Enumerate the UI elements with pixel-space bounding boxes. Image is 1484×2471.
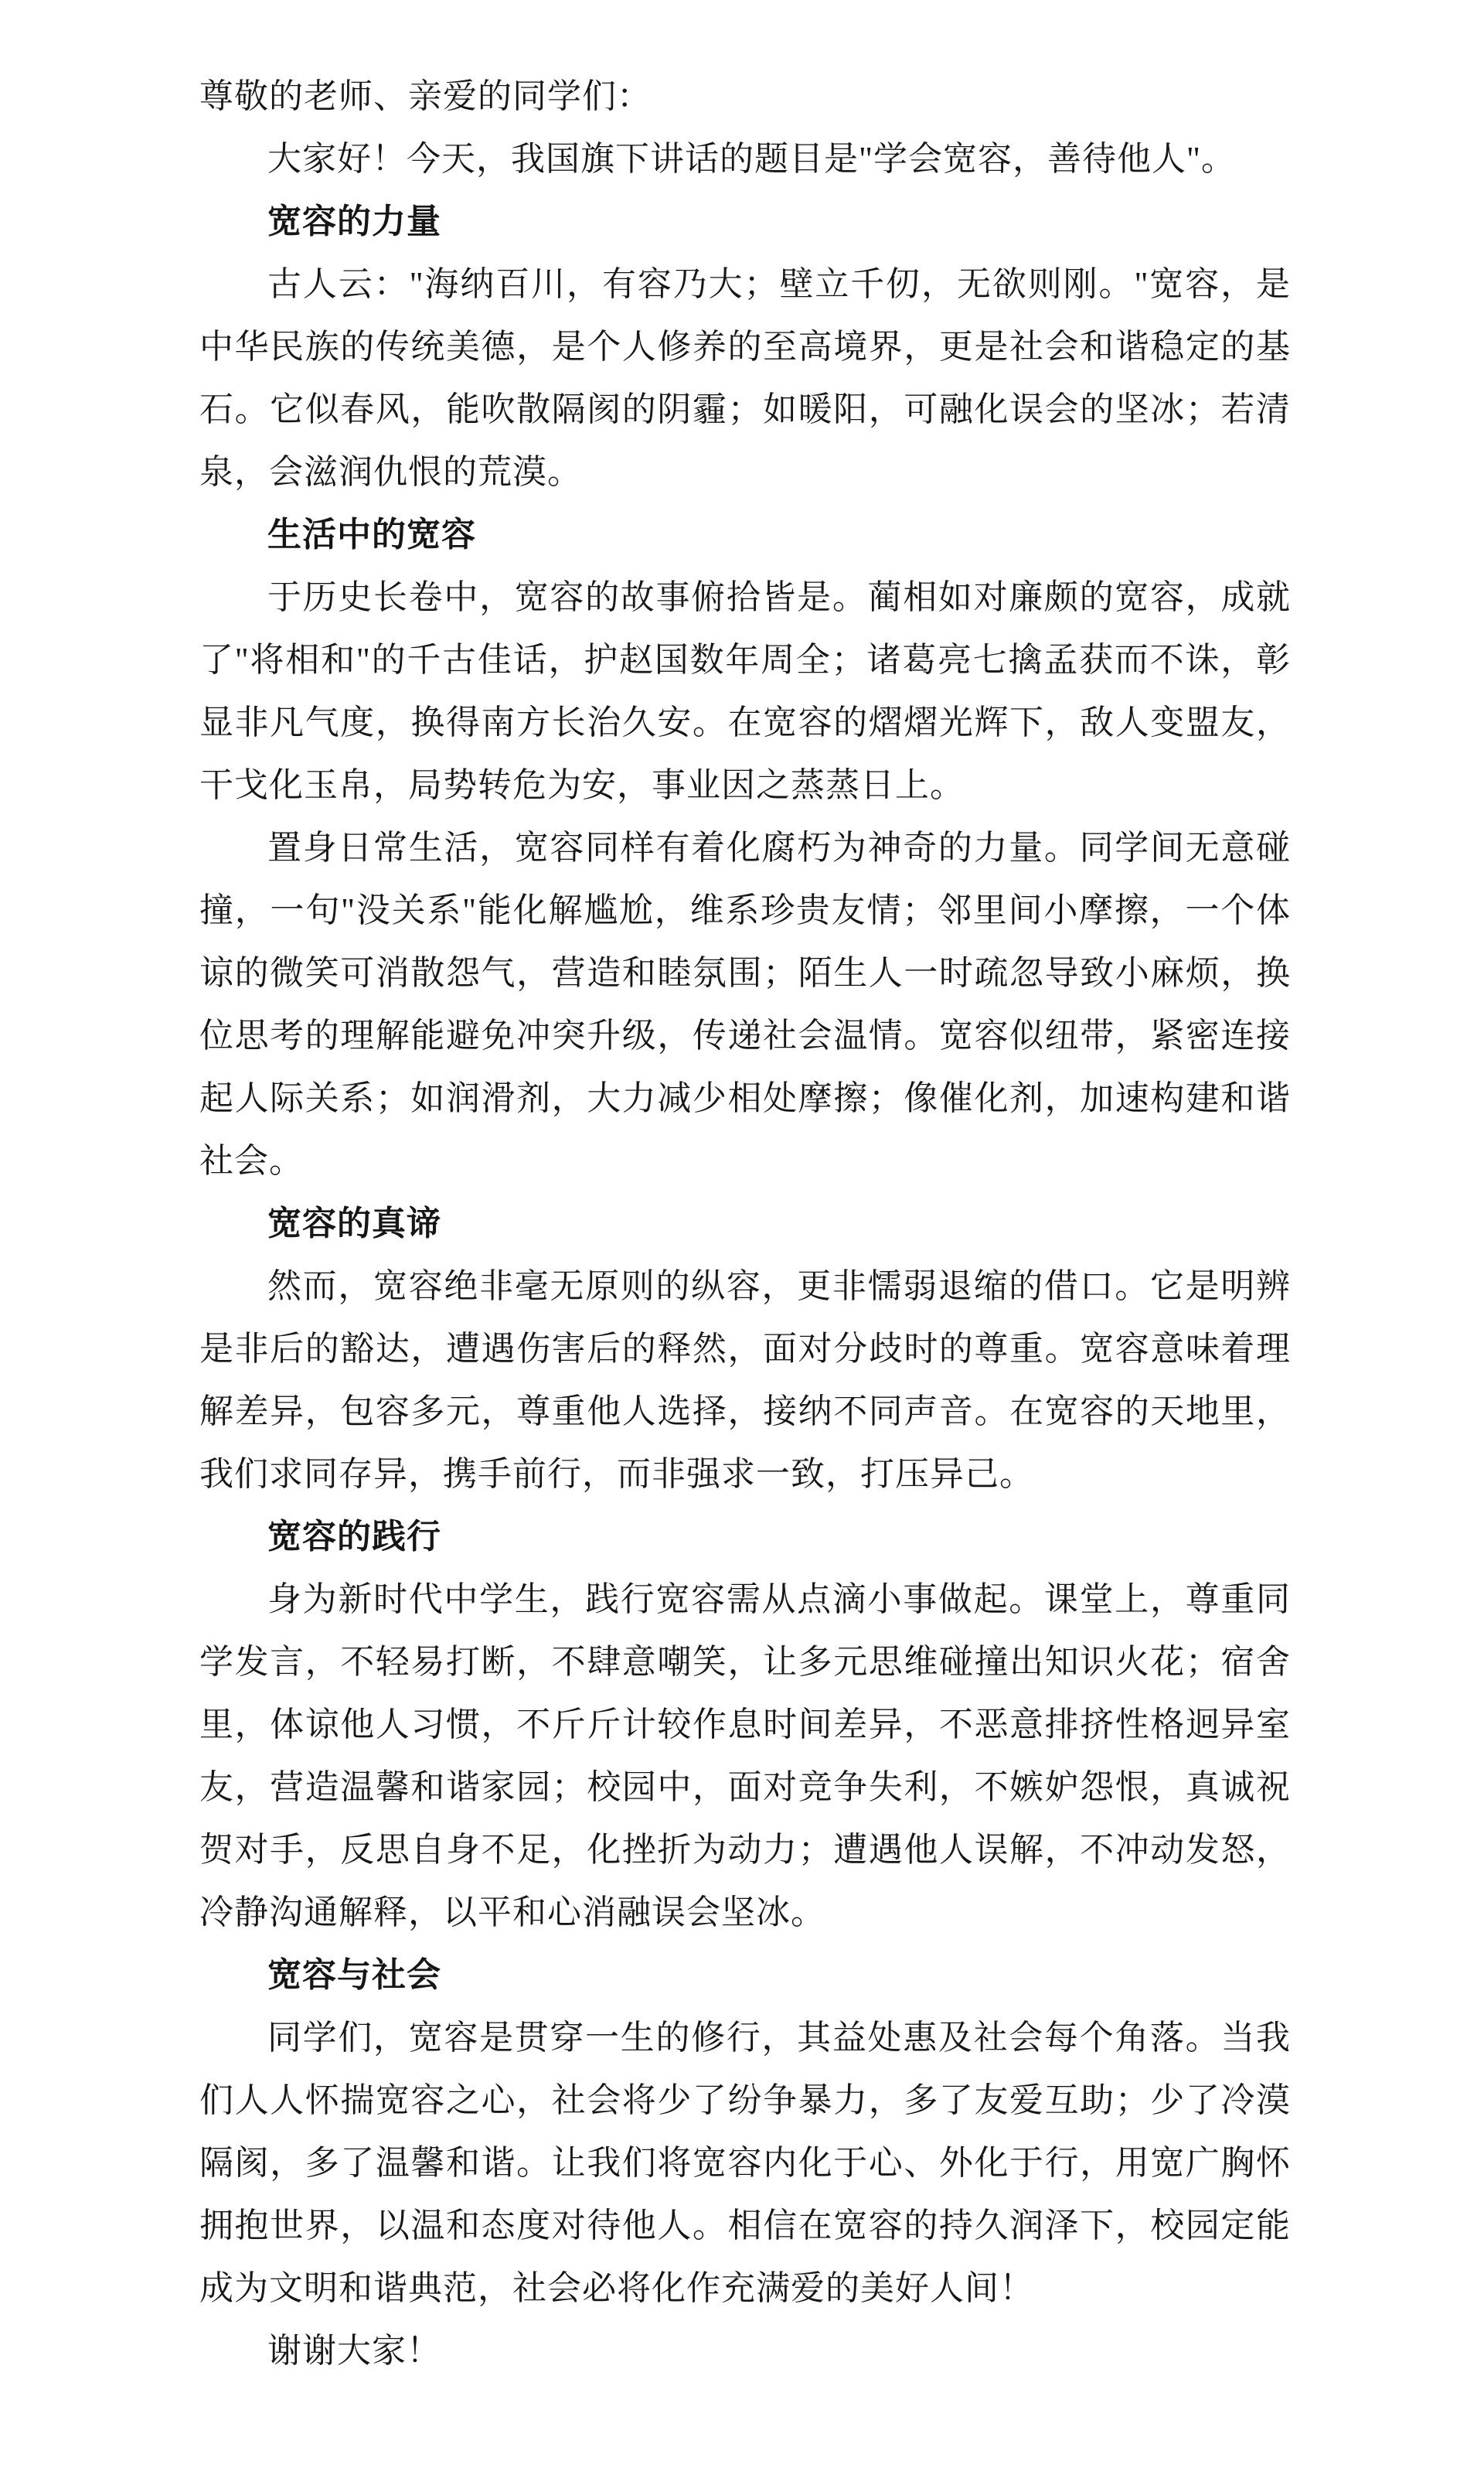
paragraph-history-examples: 于历史长卷中，宽容的故事俯拾皆是。蔺相如对廉颇的宽容，成就了"将相和"的千古佳话… xyxy=(199,566,1291,816)
speech-document: 尊敬的老师、亲爱的同学们： 大家好！今天，我国旗下讲话的题目是"学会宽容，善待他… xyxy=(199,65,1291,2382)
greeting-line: 尊敬的老师、亲爱的同学们： xyxy=(199,65,1291,128)
paragraph-opening: 大家好！今天，我国旗下讲话的题目是"学会宽容，善待他人"。 xyxy=(199,128,1291,190)
paragraph-society: 同学们，宽容是贯穿一生的修行，其益处惠及社会每个角落。当我们人人怀揣宽容之心，社… xyxy=(199,2006,1291,2319)
section-heading-practicing-tolerance: 宽容的践行 xyxy=(199,1505,1291,1568)
paragraph-power-of-tolerance: 古人云："海纳百川，有容乃大；壁立千仞，无欲则刚。"宽容，是中华民族的传统美德，… xyxy=(199,253,1291,503)
section-heading-essence-of-tolerance: 宽容的真谛 xyxy=(199,1192,1291,1255)
section-heading-tolerance-and-society: 宽容与社会 xyxy=(199,1944,1291,2006)
paragraph-essence: 然而，宽容绝非毫无原则的纵容，更非懦弱退缩的借口。它是明辨是非后的豁达，遭遇伤害… xyxy=(199,1255,1291,1505)
section-heading-power-of-tolerance: 宽容的力量 xyxy=(199,190,1291,253)
paragraph-practice: 身为新时代中学生，践行宽容需从点滴小事做起。课堂上，尊重同学发言，不轻易打断，不… xyxy=(199,1568,1291,1944)
paragraph-daily-life: 置身日常生活，宽容同样有着化腐朽为神奇的力量。同学间无意碰撞，一句"没关系"能化… xyxy=(199,816,1291,1192)
closing-line: 谢谢大家！ xyxy=(199,2319,1291,2382)
section-heading-tolerance-in-life: 生活中的宽容 xyxy=(199,503,1291,566)
